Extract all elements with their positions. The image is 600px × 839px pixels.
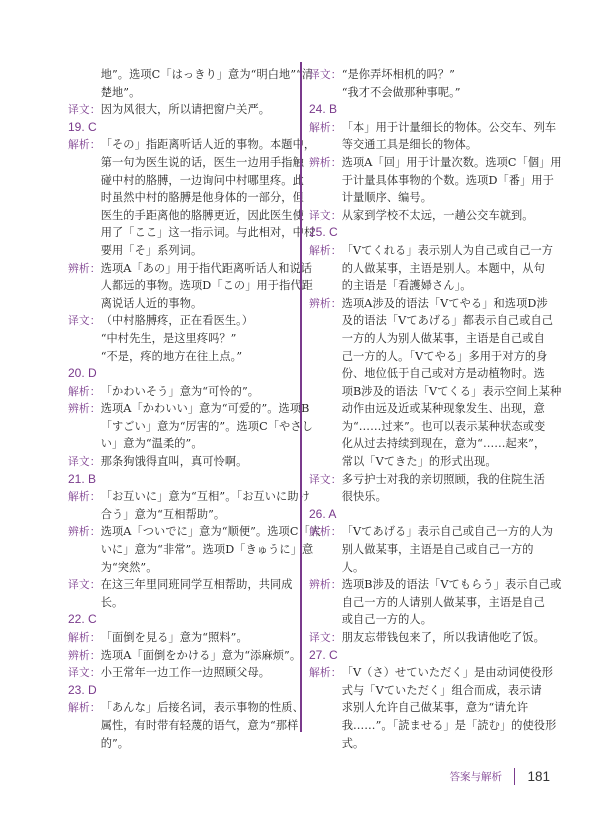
entry-label: 解析： [309,523,342,576]
entry-label: 解析： [68,383,101,401]
text-line: 长。 [101,594,296,612]
text-line: “我才不会做那种事呢。” [342,84,541,102]
text-line: “不是，疼的地方在往上点。” [101,348,296,366]
text-line: 的主语是「看護婦さん」。 [342,277,553,295]
text-line: 等交通工具是细长的物体。 [342,136,556,154]
answer-entry: 译文：因为风很大，所以请把窗户关严。 [68,101,296,119]
question-number: 23. D [68,682,296,700]
text-line: 「本」用于计量细长的物体。公交车、列车 [342,119,556,137]
text-line: 为“突然”。 [101,559,321,577]
question-number: 25. C [309,224,541,242]
text-line: 人都远的事物。选项D「この」用于指代距 [101,277,313,295]
text-line: 「お互いに」意为“互相”。「お互いに助け [101,488,310,506]
answer-entry: 译文：“是你弄坏相机的吗？”“我才不会做那种事呢。” [309,66,541,101]
text-line: 选项A「かわいい」意为“可爱的”。选项B [101,400,313,418]
answer-entry: 解析：「お互いに」意为“互相”。「お互いに助け合う」意为“互相帮助”。 [68,488,296,523]
text-line: 选项A「ついでに」意为“顺便”。选项C「大 [101,523,321,541]
entry-text: （中村胳膊疼，正在看医生。）“中村先生，是这里疼吗？”“不是，疼的地方在往上点。… [101,312,296,365]
entry-label: 译文： [68,312,101,365]
text-line: い」意为“温柔的”。 [101,435,313,453]
entry-text: 「あんな」后接名词，表示事物的性质、属性，有时带有轻蔑的语气，意为“那样的”。 [101,699,304,752]
answer-entry: 辨析：选项A涉及的语法「Vてやる」和选项D涉及的语法「Vてあげる」都表示自己或自… [309,295,541,471]
entry-text: 选项A「あの」用于指代距离听话人和说话人都远的事物。选项D「この」用于指代距离说… [101,260,313,313]
entry-label: 辨析： [68,647,101,665]
text-line: 「かわいそう」意为“可怜的”。 [101,383,296,401]
text-line: 很快乐。 [342,488,545,506]
entry-label: 辨析： [309,295,342,471]
text-line: 份、地位低于自己或对方是动植物时。选 [342,365,562,383]
answer-entry: 解析：「かわいそう」意为“可怜的”。 [68,383,296,401]
entry-text: 选项B涉及的语法「Vてもらう」表示自己或自己一方的人请别人做某事，主语是自己或自… [342,576,562,629]
answer-entry: 解析：「Vてくれる」表示别人为自己或自己一方的人做某事，主语是别人。本题中，从句… [309,242,541,295]
text-line: 碰中村的胳膊，一边询问中村哪里疼。此 [101,172,315,190]
answer-entry: 辨析：选项A「あの」用于指代距离听话人和说话人都远的事物。选项D「この」用于指代… [68,260,296,313]
entry-text: 「その」指距离听话人近的事物。本题中，第一句为医生说的话，医生一边用手指触碰中村… [101,136,315,259]
left-column: 译文：地”。选项C「はっきり」意为“明白地”“清楚地”。译文：因为风很大，所以请… [68,66,296,752]
entry-text: 那条狗饿得直叫，真可怜啊。 [101,453,296,471]
text-line: 式。 [342,735,557,753]
entry-text: 在这三年里同班同学互相帮助，共同成长。 [101,576,296,611]
text-line: 「Vてあげる」表示自己或自己一方的人为 [342,523,553,541]
entry-label: 辨析： [68,260,101,313]
text-line: 己一方的人。「Vてやる」多用于对方的身 [342,348,562,366]
text-line: 选项A涉及的语法「Vてやる」和选项D涉 [342,295,562,313]
text-line: 求别人允许自己做某事，意为“请允许 [342,699,557,717]
question-number: 26. A [309,506,541,524]
text-line: 动作由远及近或某种现象发生、出现，意 [342,400,562,418]
text-line: 及的语法「Vてあげる」都表示自己或自己 [342,312,562,330]
entry-text: 「かわいそう」意为“可怜的”。 [101,383,296,401]
text-line: 「V（さ）せていただく」是由动词使役形 [342,664,557,682]
entry-text: 选项A「かわいい」意为“可爱的”。选项B「すごい」意为“厉害的”。选项C「やさし… [101,400,313,453]
text-line: 「Vてくれる」表示别人为自己或自己一方 [342,242,553,260]
answer-entry: 解析：「あんな」后接名词，表示事物的性质、属性，有时带有轻蔑的语气，意为“那样的… [68,699,296,752]
text-line: 「面倒を見る」意为“照料”。 [101,629,296,647]
answer-entry: 辨析：选项B涉及的语法「Vてもらう」表示自己或自己一方的人请别人做某事，主语是自… [309,576,541,629]
answer-entry: 解析：「面倒を見る」意为“照料”。 [68,629,296,647]
text-line: 合う」意为“互相帮助”。 [101,506,310,524]
text-line: 或自己一方的人。 [342,611,562,629]
entry-text: 因为风很大，所以请把窗户关严。 [101,101,296,119]
entry-label: 解析： [68,629,101,647]
question-number: 21. B [68,471,296,489]
text-line: 因为风很大，所以请把窗户关严。 [101,101,296,119]
text-line: 于计量具体事物的个数。选项D「番」用于 [342,172,562,190]
entry-label: 译文： [309,207,342,225]
text-line: 属性，有时带有轻蔑的语气，意为“那样 [101,717,304,735]
footer-divider [514,768,516,785]
entry-text: 选项A「ついでに」意为“顺便”。选项C「大いに」意为“非常”。选项D「きゅうに」… [101,523,321,576]
entry-label: 辨析： [309,576,342,629]
text-line: 选项A「面倒をかける」意为“添麻烦”。 [101,647,301,665]
text-line: 为“……过来”。也可以表示某种状态或变 [342,418,562,436]
entry-label: 解析： [309,119,342,154]
answer-entry: 解析：「本」用于计量细长的物体。公交车、列车等交通工具是细长的物体。 [309,119,541,154]
answer-entry: 辨析：选项A「ついでに」意为“顺便”。选项C「大いに」意为“非常”。选项D「きゅ… [68,523,296,576]
text-line: 常以「Vてきた」的形式出现。 [342,453,562,471]
answer-entry: 译文：小王常年一边工作一边照顾父母。 [68,664,296,682]
text-line: 要用「そ」系列词。 [101,242,315,260]
text-line: 离说话人近的事物。 [101,295,313,313]
text-line: 选项A「回」用于计量次数。选项C「個」用 [342,154,562,172]
right-column: 译文：“是你弄坏相机的吗？”“我才不会做那种事呢。”24. B解析：「本」用于计… [309,66,541,752]
entry-text: 「Vてくれる」表示别人为自己或自己一方的人做某事，主语是别人。本题中，从句的主语… [342,242,553,295]
question-number: 22. C [68,611,296,629]
text-line: 那条狗饿得直叫，真可怜啊。 [101,453,296,471]
text-line: 多亏护士对我的亲切照顾，我的住院生活 [342,471,545,489]
question-number: 19. C [68,119,296,137]
text-line: 选项B涉及的语法「Vてもらう」表示自己或 [342,576,562,594]
text-line: 小王常年一边工作一边照顾父母。 [101,664,296,682]
entry-text: 「本」用于计量细长的物体。公交车、列车等交通工具是细长的物体。 [342,119,556,154]
answer-entry: 译文：多亏护士对我的亲切照顾，我的住院生活很快乐。 [309,471,541,506]
entry-label: 辨析： [309,154,342,207]
text-line: 的人做某事，主语是别人。本题中，从句 [342,260,553,278]
text-line: 时虽然中村的胳膊是他身体的一部分，但 [101,189,315,207]
entry-text: 选项A「回」用于计量次数。选项C「個」用于计量具体事物的个数。选项D「番」用于计… [342,154,562,207]
entry-text: 多亏护士对我的亲切照顾，我的住院生活很快乐。 [342,471,545,506]
answer-entry: 译文：（中村胳膊疼，正在看医生。）“中村先生，是这里疼吗？”“不是，疼的地方在往… [68,312,296,365]
book-page: 译文：地”。选项C「はっきり」意为“明白地”“清楚地”。译文：因为风很大，所以请… [0,0,600,839]
text-line: 计量顺序、编号。 [342,189,562,207]
text-line: 的”。 [101,735,304,753]
answer-entry: 辨析：选项A「面倒をかける」意为“添麻烦”。 [68,647,296,665]
text-line: “是你弄坏相机的吗？” [342,66,541,84]
entry-label: 译文： [68,101,101,119]
entry-label: 解析： [68,136,101,259]
entry-text: 朋友忘带钱包来了，所以我请他吃了饭。 [342,629,545,647]
answer-entry: 译文：在这三年里同班同学互相帮助，共同成长。 [68,576,296,611]
text-line: 化从过去持续到现在，意为“……起来”， [342,435,562,453]
entry-label: 解析： [68,488,101,523]
text-line: 朋友忘带钱包来了，所以我请他吃了饭。 [342,629,545,647]
entry-label: 辨析： [68,523,101,576]
entry-text: 「お互いに」意为“互相”。「お互いに助け合う」意为“互相帮助”。 [101,488,310,523]
text-line: 地”。选项C「はっきり」意为“明白地”“清 [101,66,314,84]
text-line: 自己一方的人请别人做某事，主语是自己 [342,594,562,612]
text-line: 用了「ここ」这一指示词。与此相对，中村 [101,224,315,242]
entry-text: 选项A「面倒をかける」意为“添麻烦”。 [101,647,301,665]
text-line: （中村胳膊疼，正在看医生。） [101,312,296,330]
entry-label: 解析： [309,242,342,295]
question-number: 27. C [309,647,541,665]
entry-label: 译文： [68,453,101,471]
text-line: 楚地”。 [101,84,314,102]
column-divider [300,62,302,732]
entry-text: “是你弄坏相机的吗？”“我才不会做那种事呢。” [342,66,541,101]
answer-entry: 辨析：选项A「かわいい」意为“可爱的”。选项B「すごい」意为“厉害的”。选项C「… [68,400,296,453]
question-number: 20. D [68,365,296,383]
entry-text: 小王常年一边工作一边照顾父母。 [101,664,296,682]
entry-label: 解析： [309,664,342,752]
entry-text: 「Vてあげる」表示自己或自己一方的人为别人做某事，主语是自己或自己一方的人。 [342,523,553,576]
entry-label: 辨析： [68,400,101,453]
footer-section-title: 答案与解析 [449,769,502,784]
entry-text: 地”。选项C「はっきり」意为“明白地”“清楚地”。 [101,66,314,101]
text-line: 第一句为医生说的话，医生一边用手指触 [101,154,315,172]
answer-entry: 辨析：选项A「回」用于计量次数。选项C「個」用于计量具体事物的个数。选项D「番」… [309,154,541,207]
text-line: 「すごい」意为“厉害的”。选项C「やさし [101,418,313,436]
entry-label: 译文： [68,664,101,682]
answer-entry: 解析：「Vてあげる」表示自己或自己一方的人为别人做某事，主语是自己或自己一方的人… [309,523,541,576]
text-line: 我……”。「読ませる」是「読む」的使役形 [342,717,557,735]
page-number: 181 [527,769,550,784]
text-line: 选项A「あの」用于指代距离听话人和说话 [101,260,313,278]
text-line: 项B涉及的语法「Vてくる」表示空间上某种 [342,383,562,401]
entry-label: 译文： [309,629,342,647]
entry-label: 译文： [309,471,342,506]
question-number: 24. B [309,101,541,119]
entry-text: 选项A涉及的语法「Vてやる」和选项D涉及的语法「Vてあげる」都表示自己或自己一方… [342,295,562,471]
text-line: 医生的手距离他的胳膊更近，因此医生使 [101,207,315,225]
answer-entry: 译文：从家到学校不太远，一趟公交车就到。 [309,207,541,225]
entry-text: 「面倒を見る」意为“照料”。 [101,629,296,647]
answer-entry: 译文：朋友忘带钱包来了，所以我请他吃了饭。 [309,629,541,647]
answer-entry: 译文：那条狗饿得直叫，真可怜啊。 [68,453,296,471]
entry-label: 译文： [68,576,101,611]
text-line: 「その」指距离听话人近的事物。本题中， [101,136,315,154]
text-line: 一方的人为别人做某事，主语是自己或自 [342,330,562,348]
entry-text: 「V（さ）せていただく」是由动词使役形式与「Vていただく」组合而成，表示请求别人… [342,664,557,752]
text-line: “中村先生，是这里疼吗？” [101,330,296,348]
text-line: 人。 [342,559,553,577]
text-line: いに」意为“非常”。选项D「きゅうに」意 [101,541,321,559]
entry-text: 从家到学校不太远，一趟公交车就到。 [342,207,541,225]
text-line: 式与「Vていただく」组合而成，表示请 [342,682,557,700]
text-line: 从家到学校不太远，一趟公交车就到。 [342,207,541,225]
text-line: 在这三年里同班同学互相帮助，共同成 [101,576,296,594]
answer-entry: 解析：「その」指距离听话人近的事物。本题中，第一句为医生说的话，医生一边用手指触… [68,136,296,259]
entry-label: 解析： [68,699,101,752]
answer-entry: 译文：地”。选项C「はっきり」意为“明白地”“清楚地”。 [68,66,296,101]
answer-entry: 解析：「V（さ）せていただく」是由动词使役形式与「Vていただく」组合而成，表示请… [309,664,541,752]
page-footer: 答案与解析 181 [420,766,550,786]
text-line: 别人做某事，主语是自己或自己一方的 [342,541,553,559]
entry-label: 译文： [309,66,342,101]
text-line: 「あんな」后接名词，表示事物的性质、 [101,699,304,717]
